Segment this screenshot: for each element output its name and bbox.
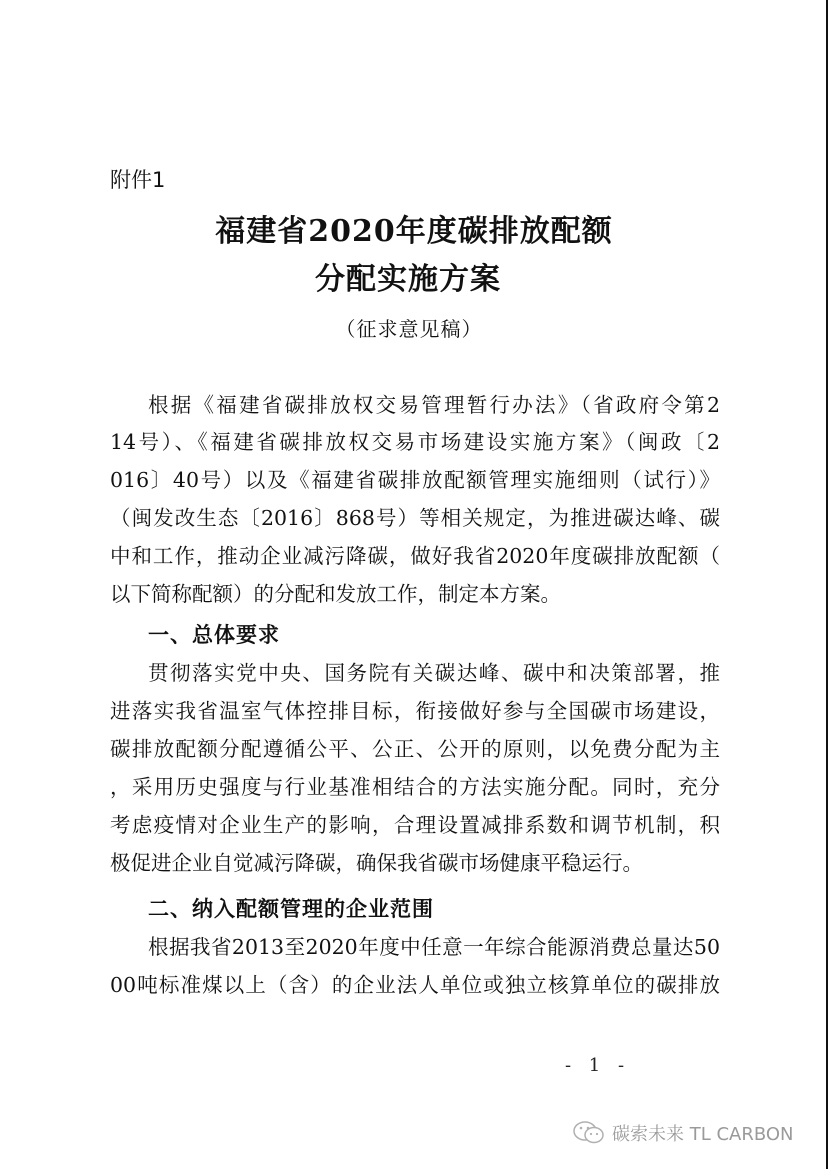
watermark-text: 碳索未来 TL CARBON xyxy=(612,1120,794,1146)
intro-line: （闽发改生态〔2016〕868号）等相关规定，为推进碳达峰、碳 xyxy=(110,505,720,531)
section-heading-general-requirements: 一、总体要求 xyxy=(148,622,280,648)
section-line: ，采用历史强度与行业基准相结合的方法实施分配。同时，充分 xyxy=(110,774,720,800)
intro-line: 016〕40号）以及《福建省碳排放配额管理实施细则（试行）》 xyxy=(110,467,720,493)
section-line: 碳排放配额分配遵循公平、公正、公开的原则，以免费分配为主 xyxy=(110,736,720,762)
section-line: 考虑疫情对企业生产的影响，合理设置减排系数和调节机制，积 xyxy=(110,812,720,838)
intro-line: 以下简称配额）的分配和发放工作，制定本方案。 xyxy=(110,581,720,607)
intro-line: 中和工作，推动企业减污降碳，做好我省2020年度碳排放配额（ xyxy=(110,543,720,569)
intro-line: 根据《福建省碳排放权交易管理暂行办法》（省政府令第2 xyxy=(148,392,720,418)
watermark: 碳索未来 TL CARBON xyxy=(572,1120,794,1146)
document-subtitle: （征求意见稿） xyxy=(0,313,823,342)
intro-line: 14号）、《福建省碳排放权交易市场建设实施方案》（闽政〔2 xyxy=(110,429,720,455)
section-line: 极促进企业自觉减污降碳，确保我省碳市场健康平稳运行。 xyxy=(110,850,720,876)
section-line: 进落实我省温室气体控排目标，衔接做好参与全国碳市场建设， xyxy=(110,698,720,724)
wechat-icon xyxy=(572,1120,606,1146)
section-line: 根据我省2013至2020年度中任意一年综合能源消费总量达50 xyxy=(148,934,720,960)
section-line: 00吨标准煤以上（含）的企业法人单位或独立核算单位的碳排放 xyxy=(110,972,720,998)
section-line: 贯彻落实党中央、国务院有关碳达峰、碳中和决策部署，推 xyxy=(148,660,720,686)
section-heading-enterprise-scope: 二、纳入配额管理的企业范围 xyxy=(148,896,434,922)
attachment-label: 附件1 xyxy=(110,164,165,194)
page-number: - 1 - xyxy=(565,1055,630,1076)
document-title-line-2: 分配实施方案 xyxy=(0,254,822,298)
document-title-line-1: 福建省2020年度碳排放配额 xyxy=(0,206,828,250)
